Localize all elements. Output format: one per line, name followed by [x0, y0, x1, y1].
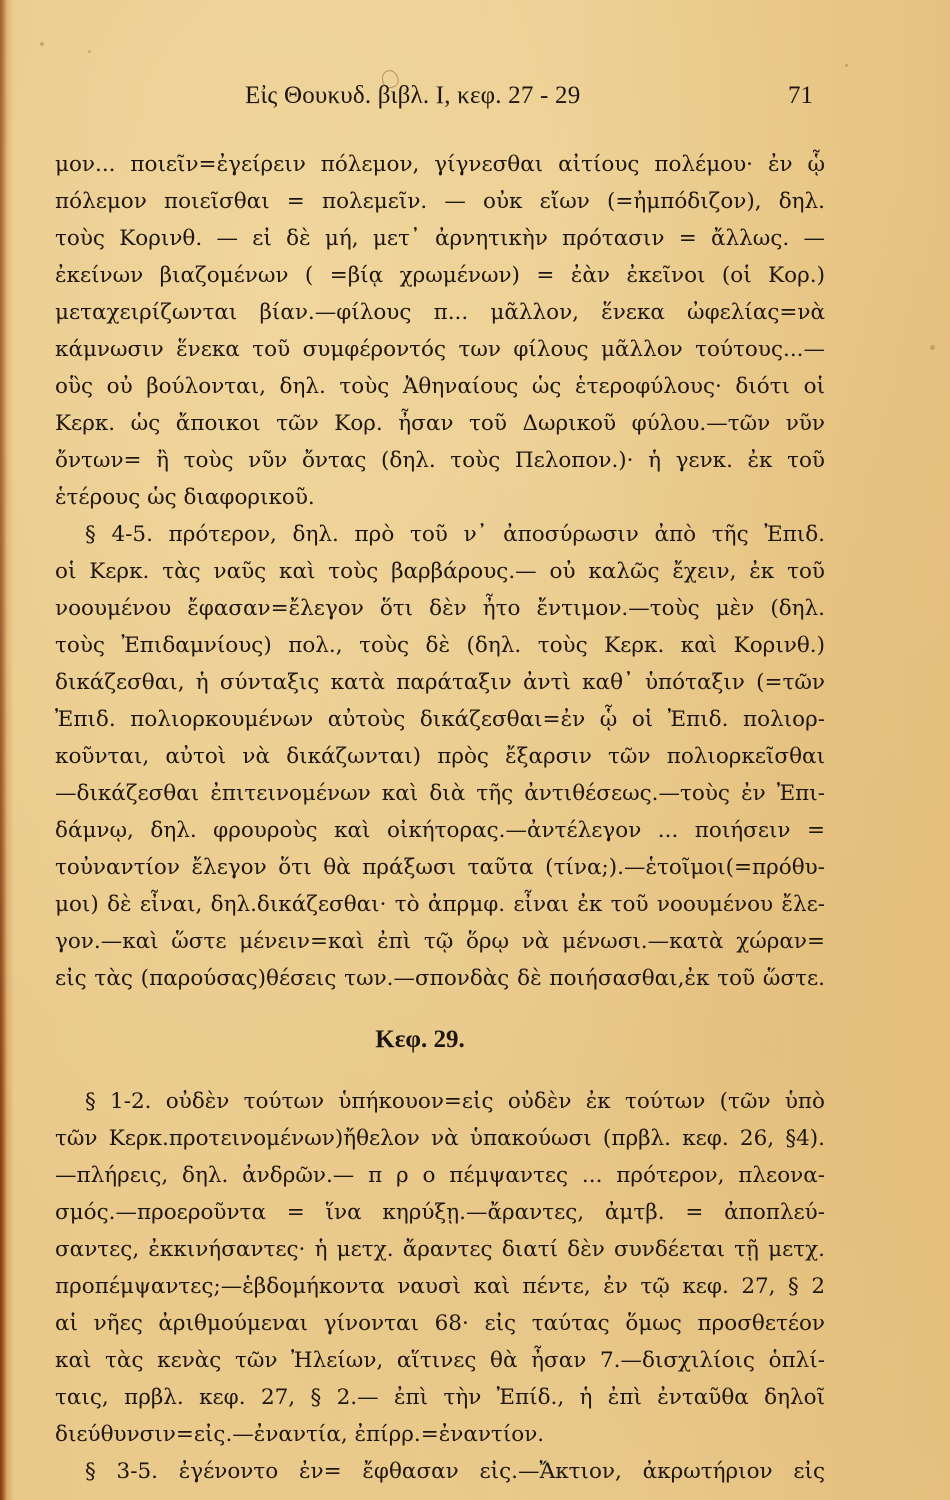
- paragraph-section-4-5: § 4-5. πρότερον, δηλ. πρὸ τοῦ ν᾽ ἀποσύρω…: [55, 516, 825, 997]
- paper-spot: [88, 50, 91, 53]
- text-line: μοι) δὲ εἶναι, δηλ.δικάζεσθαι· τὸ ἀπρμφ.…: [55, 886, 825, 923]
- text-line: μον... ποιεῖν=ἐγείρειν πόλεμον, γίγνεσθα…: [55, 146, 825, 183]
- text-line: γον.—καὶ ὥστε μένειν=καὶ ἐπὶ τῷ ὅρῳ νὰ μ…: [55, 923, 825, 960]
- text-line: κοῦνται, αὐτοὶ νὰ δικάζωνται) πρὸς ἔξαρσ…: [55, 738, 825, 775]
- text-line: οὓς οὐ βούλονται, δηλ. τοὺς Ἀθηναίους ὡς…: [55, 368, 825, 405]
- chapter-heading: Κεφ. 29.: [55, 997, 825, 1083]
- text-line: πόλεμον ποιεῖσθαι = πολεμεῖν. — οὐκ εἴων…: [55, 183, 825, 220]
- text-line: Κερκ. ὡς ἄποικοι τῶν Κορ. ἦσαν τοῦ Δωρικ…: [55, 405, 825, 442]
- text-line: οἱ Κερκ. τὰς ναῦς καὶ τοὺς βαρβάρους.— ο…: [55, 553, 825, 590]
- text-line: καὶ τὰς κενὰς τῶν Ἠλείων, αἵτινες θὰ ἦσα…: [55, 1342, 825, 1379]
- text-line: τῶν Κερκ.προτεινομένων)ἤθελον νὰ ὑπακούω…: [55, 1120, 825, 1157]
- paragraph-section-3-5: § 3-5. ἐγένοντο ἐν= ἔφθασαν εἰς.—Ἄκτιον,…: [55, 1453, 825, 1490]
- text-line: ταις, πρβλ. κεφ. 27, § 2.— ἐπὶ τὴν Ἐπίδ.…: [55, 1379, 825, 1416]
- text-line: Ἐπιδ. πολιορκουμένων αὐτοὺς δικάζεσθαι=ἐ…: [55, 701, 825, 738]
- running-title: Εἰς Θουκυδ. βιβλ. Ι, κεφ. 27 - 29: [245, 82, 580, 110]
- text-line: εἰς τὰς (παρούσας)θέσεις των.—σπονδὰς δὲ…: [55, 960, 825, 997]
- text-line: αἱ νῆες ἀριθμούμεναι γίνονται 68· εἰς τα…: [55, 1305, 825, 1342]
- text-line: ἑτέρους ὡς διαφορικοῦ.: [55, 479, 825, 516]
- paragraph-ch28-continuation: μον... ποιεῖν=ἐγείρειν πόλεμον, γίγνεσθα…: [55, 146, 825, 516]
- paragraph-ch29-section-1-2: § 1-2. οὐδὲν τούτων ὑπήκουον=εἰς οὐδὲν ἐ…: [55, 1083, 825, 1453]
- text-line: διεύθυνσιν=εἰς.—ἐναντία, ἐπίρρ.=ἐναντίον…: [55, 1416, 825, 1453]
- text-line: § 3-5. ἐγένοντο ἐν= ἔφθασαν εἰς.—Ἄκτιον,…: [55, 1453, 825, 1490]
- book-page: Εἰς Θουκυδ. βιβλ. Ι, κεφ. 27 - 29 71 μον…: [0, 0, 950, 1500]
- text-line: —δικάζεσθαι ἐπιτεινομένων καὶ διὰ τῆς ἀν…: [55, 775, 825, 812]
- text-line: —πλήρεις, δηλ. ἀνδρῶν.— π ρ ο πέμψαντες …: [55, 1157, 825, 1194]
- text-line: σαντες, ἐκκινήσαντες· ἡ μετχ. ἄραντες δι…: [55, 1231, 825, 1268]
- text-line: τοὐναντίον ἔλεγον ὅτι θὰ πράξωσι ταῦτα (…: [55, 849, 825, 886]
- text-line: ὄντων= ἢ τοὺς νῦν ὄντας (δηλ. τοὺς Πελοπ…: [55, 442, 825, 479]
- text-line: ἐκείνων βιαζομένων ( =βίᾳ χρωμένων) = ἐὰ…: [55, 257, 825, 294]
- paper-spot: [930, 345, 935, 350]
- commentary-body: μον... ποιεῖν=ἐγείρειν πόλεμον, γίγνεσθα…: [55, 146, 825, 1490]
- paper-spot: [40, 42, 44, 46]
- text-line: δικάζεσθαι, ἡ σύνταξις κατὰ παράταξιν ἀν…: [55, 664, 825, 701]
- text-line: νοουμένου ἔφασαν=ἔλεγον ὅτι δὲν ἦτο ἔντι…: [55, 590, 825, 627]
- text-line: § 1-2. οὐδὲν τούτων ὑπήκουον=εἰς οὐδὲν ἐ…: [55, 1083, 825, 1120]
- text-line: δάμνῳ, δηλ. φρουροὺς καὶ οἰκήτορας.—ἀντέ…: [55, 812, 825, 849]
- text-line: σμός.—προεροῦντα = ἵνα κηρύξῃ.—ἄραντες, …: [55, 1194, 825, 1231]
- text-line: προπέμψαντες;—ἑβδομήκοντα ναυσὶ καὶ πέντ…: [55, 1268, 825, 1305]
- text-line: μεταχειρίζωνται βίαν.—φίλους π... μᾶλλον…: [55, 294, 825, 331]
- running-head: Εἰς Θουκυδ. βιβλ. Ι, κεφ. 27 - 29 71: [0, 82, 950, 122]
- text-line: § 4-5. πρότερον, δηλ. πρὸ τοῦ ν᾽ ἀποσύρω…: [55, 516, 825, 553]
- text-line: κάμνωσιν ἕνεκα τοῦ συμφέροντός των φίλου…: [55, 331, 825, 368]
- text-line: τοὺς Ἐπιδαμνίους) πολ., τοὺς δὲ (δηλ. το…: [55, 627, 825, 664]
- paper-spot: [845, 64, 848, 67]
- page-number: 71: [788, 82, 813, 110]
- text-line: τοὺς Κορινθ. — εἰ δὲ μή, μετ᾽ ἀρνητικὴν …: [55, 220, 825, 257]
